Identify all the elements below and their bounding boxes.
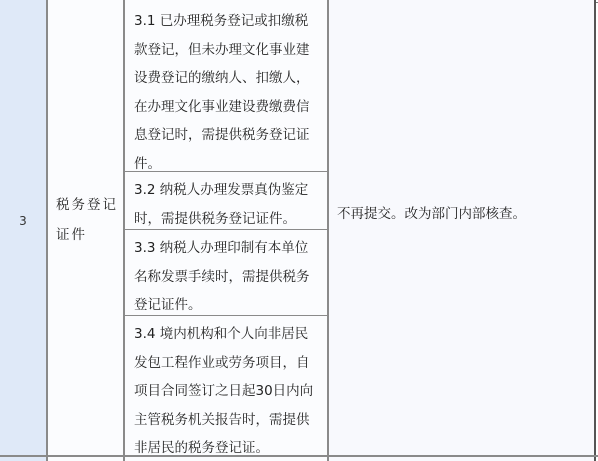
table-bottom-border [0, 455, 598, 457]
row-number: 3 [0, 214, 46, 228]
detail-item-3-4: 3.4 境内机构和个人向非居民发包工程作业或劳务项目，自项目合同签订之日起30日… [125, 316, 327, 455]
details-cell: 3.1 已办理税务登记或扣缴税款登记，但未办理文化事业建设费登记的缴纳人、扣缴人… [125, 0, 329, 461]
item-name: 税务登记证件 [56, 190, 122, 250]
requirements-table: 3 税务登记证件 3.1 已办理税务登记或扣缴税款登记，但未办理文化事业建设费登… [0, 0, 598, 461]
detail-item-3-1: 3.1 已办理税务登记或扣缴税款登记，但未办理文化事业建设费登记的缴纳人、扣缴人… [125, 3, 327, 172]
detail-item-3-3: 3.3 纳税人办理印制有本单位名称发票手续时，需提供税务登记证件。 [125, 230, 327, 316]
number-cell: 3 [0, 0, 48, 461]
detail-item-3-2: 3.2 纳税人办理发票真伪鉴定时，需提供税务登记证件。 [125, 172, 327, 230]
result-cell: 不再提交。改为部门内部核查。 [329, 0, 596, 461]
result-text: 不再提交。改为部门内部核查。 [337, 202, 526, 222]
item-cell: 税务登记证件 [48, 0, 125, 461]
